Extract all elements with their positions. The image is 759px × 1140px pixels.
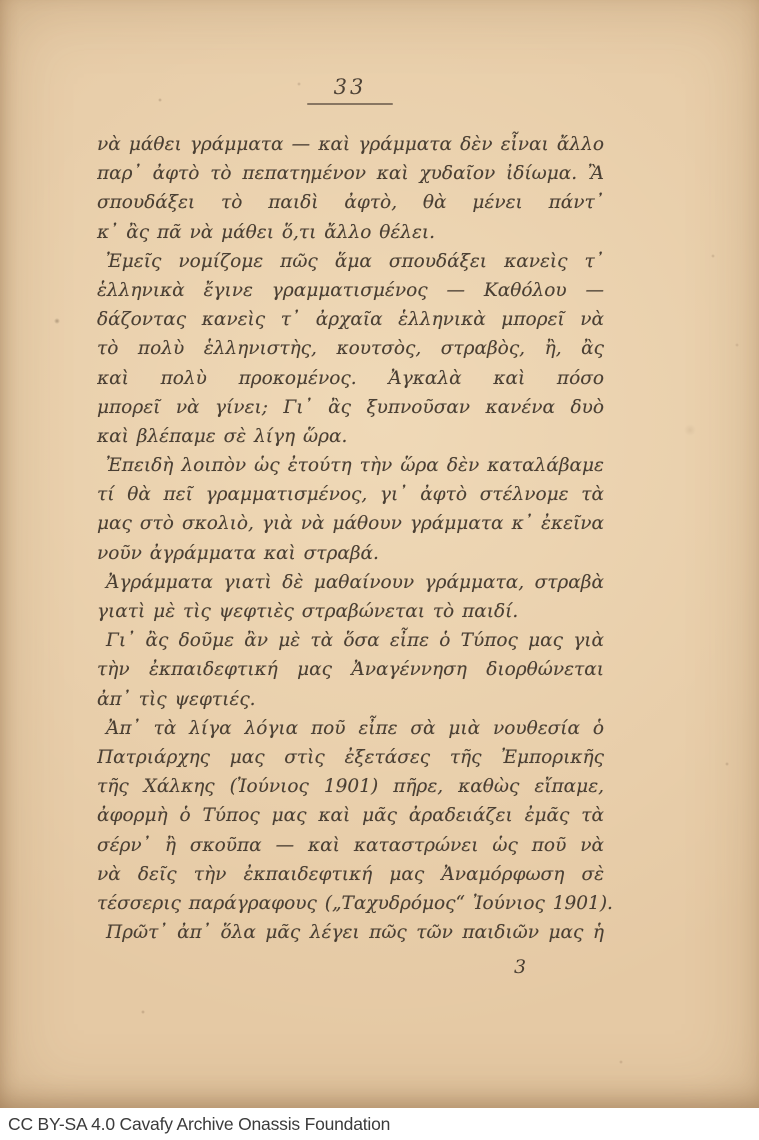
text-line: δάζοντας κανεὶς τ᾽ ἀρχαῖα ἑλληνικὰ μπορε… <box>97 305 604 334</box>
text-line: καὶ πολὺ προκομένος. Ἀγκαλὰ καὶ πόσο προ… <box>97 364 604 393</box>
text-line: κ᾽ ἂς πᾶ νὰ μάθει ὅ,τι ἄλλο θέλει. <box>97 218 604 247</box>
text-line: Γι᾽ ἂς δοῦμε ἂν μὲ τὰ ὅσα εἶπε ὁ Τύπος μ… <box>97 626 604 655</box>
text-line: νὰ μάθει γράμματα — καὶ γράμματα δὲν εἶν… <box>97 130 604 159</box>
header-rule <box>307 103 393 105</box>
text-line: τῆς Χάλκης (Ἰούνιος 1901) πῆρε, καθὼς εἴ… <box>97 772 604 801</box>
license-text: CC BY-SA 4.0 Cavafy Archive Onassis Foun… <box>8 1114 390 1135</box>
text-line: νοῦν ἀγράμματα καὶ στραβά. <box>97 539 604 568</box>
paragraph: Ἐμεῖς νομίζομε πῶς ἅμα σπουδάξει κανεὶς … <box>97 247 604 451</box>
paragraph: Ἀγράμματα γιατὶ δὲ μαθαίνουν γράμματα, σ… <box>97 568 604 626</box>
text-line: παρ᾽ ἀφτὸ τὸ πεπατημένον καὶ χυδαῖον ἰδί… <box>97 159 604 188</box>
text-line: Ἐπειδὴ λοιπὸν ὡς ἐτούτη τὴν ὥρα δὲν κατα… <box>97 451 604 480</box>
paragraph: Πρῶτ᾽ ἀπ᾽ ὅλα μᾶς λέγει πῶς τῶν παιδιῶν … <box>97 918 604 947</box>
scanned-page: 33 νὰ μάθει γράμματα — καὶ γράμματα δὲν … <box>0 0 759 1140</box>
text-line: νὰ δεῖς τὴν ἐκπαιδεφτική μας Ἀναμόρφωση … <box>97 860 604 889</box>
text-line: τὸ πολὺ ἑλληνιστὴς, κουτσὸς, στραβὸς, ἢ,… <box>97 334 604 363</box>
paragraph: Γι᾽ ἂς δοῦμε ἂν μὲ τὰ ὅσα εἶπε ὁ Τύπος μ… <box>97 626 604 714</box>
text-line: ἀπ᾽ τὶς ψεφτιές. <box>97 685 604 714</box>
text-line: γιατὶ μὲ τὶς ψεφτιὲς στραβώνεται τὸ παιδ… <box>97 597 604 626</box>
text-line: τὴν ἐκπαιδεφτική μας Ἀναγέννηση διορθώνε… <box>97 655 604 684</box>
paragraph: Ἀπ᾽ τὰ λίγα λόγια ποῦ εἶπε σὰ μιὰ νουθεσ… <box>97 714 604 918</box>
text-line: τί θὰ πεῖ γραμματισμένος, γι᾽ ἀφτὸ στέλν… <box>97 480 604 509</box>
text-line: μας στὸ σκολιὸ, γιὰ νὰ μάθουν γράμματα κ… <box>97 509 604 538</box>
signature-mark: 3 <box>505 956 535 978</box>
paragraph: νὰ μάθει γράμματα — καὶ γράμματα δὲν εἶν… <box>97 130 604 247</box>
text-line: καὶ βλέπαμε σὲ λίγη ὥρα. <box>97 422 604 451</box>
text-line: ἀφορμὴ ὁ Τύπος μας καὶ μᾶς ἀραδειάζει ἐμ… <box>97 801 604 830</box>
book-page: 33 νὰ μάθει γράμματα — καὶ γράμματα δὲν … <box>0 0 759 1108</box>
license-bar: CC BY-SA 4.0 Cavafy Archive Onassis Foun… <box>0 1108 759 1140</box>
text-line: σπουδάξει τὸ παιδὶ ἀφτὸ, θὰ μένει πάντ᾽ … <box>97 188 604 217</box>
text-line: σέρν᾽ ἢ σκοῦπα — καὶ καταστρώνει ὡς ποῦ … <box>97 831 604 860</box>
text-line: Πρῶτ᾽ ἀπ᾽ ὅλα μᾶς λέγει πῶς τῶν παιδιῶν … <box>97 918 604 947</box>
text-line: μπορεῖ νὰ γίνει; Γι᾽ ἂς ξυπνοῦσαν κανένα… <box>97 393 604 422</box>
text-line: Πατριάρχης μας στὶς ἐξετάσες τῆς Ἐμπορικ… <box>97 743 604 772</box>
text-line: τέσσερις παράγραφους („Ταχυδρόμος“ Ἰούνι… <box>97 889 604 918</box>
text-block: νὰ μάθει γράμματα — καὶ γράμματα δὲν εἶν… <box>97 130 604 947</box>
page-number: 33 <box>297 75 403 99</box>
text-line: Ἐμεῖς νομίζομε πῶς ἅμα σπουδάξει κανεὶς … <box>97 247 604 276</box>
text-line: Ἀπ᾽ τὰ λίγα λόγια ποῦ εἶπε σὰ μιὰ νουθεσ… <box>97 714 604 743</box>
text-line: ἑλληνικὰ ἔγινε γραμματισμένος — Καθόλου … <box>97 276 604 305</box>
paragraph: Ἐπειδὴ λοιπὸν ὡς ἐτούτη τὴν ὥρα δὲν κατα… <box>97 451 604 568</box>
text-line: Ἀγράμματα γιατὶ δὲ μαθαίνουν γράμματα, σ… <box>97 568 604 597</box>
